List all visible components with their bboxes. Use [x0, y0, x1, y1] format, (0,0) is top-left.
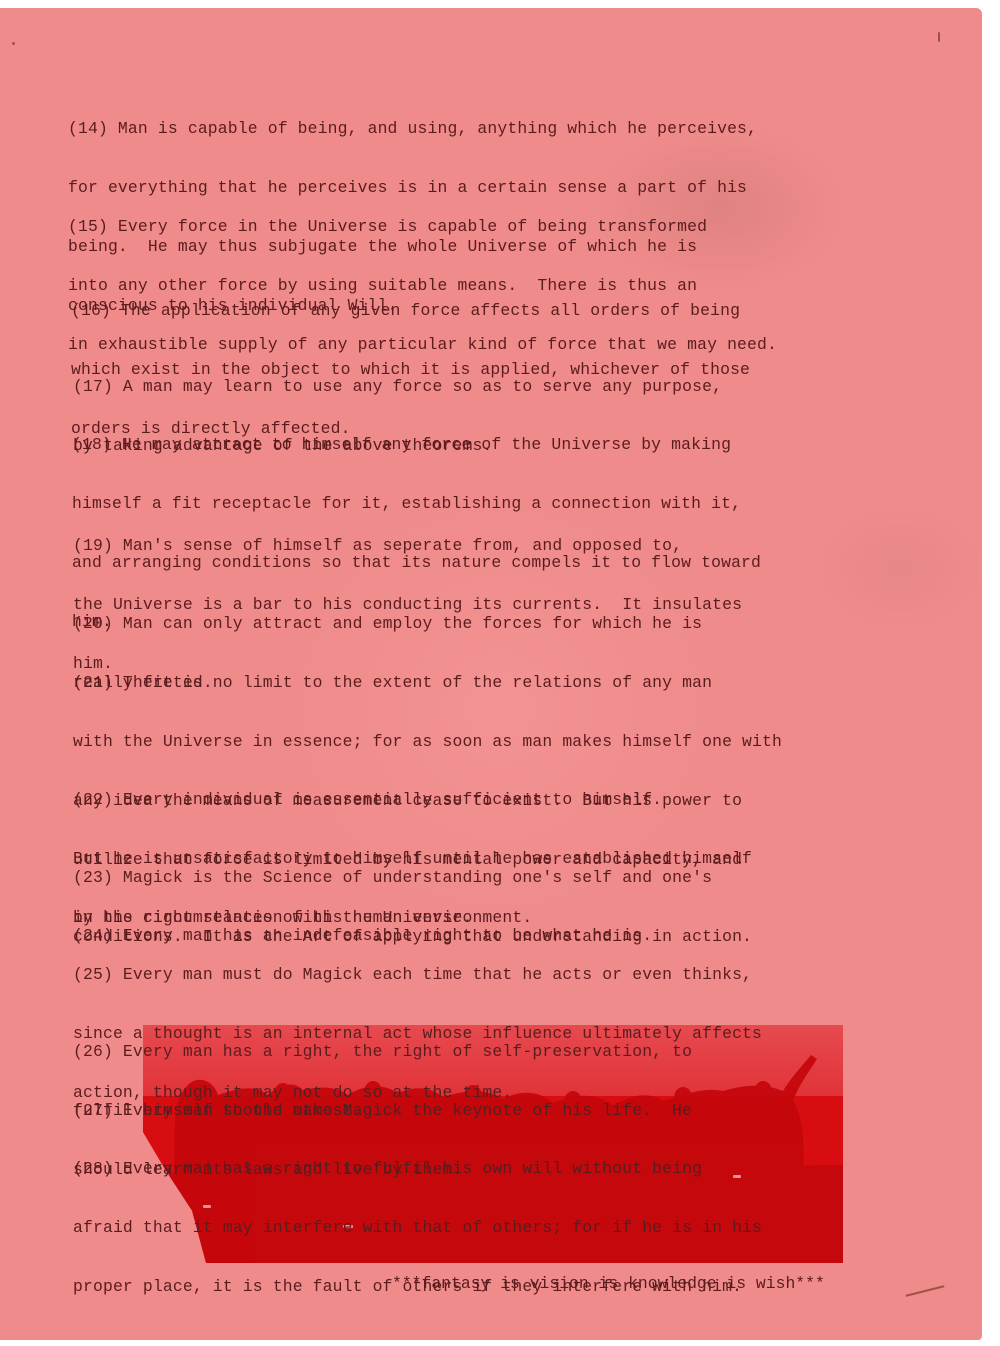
text-line: (18) He may attract to himself any force… — [72, 435, 761, 455]
text-line: (21) There is no limit to the extent of … — [73, 673, 782, 693]
paper-speck — [905, 1285, 944, 1297]
text-line: (22) Every individual is essentially suf… — [73, 790, 752, 810]
footer-motto: ***fantasy is vision is knowledge is wis… — [392, 1274, 825, 1293]
text-line: (25) Every man must do Magick each time … — [73, 965, 762, 985]
text-line: (16) The application of any given force … — [71, 301, 750, 321]
paragraph-28: (28) Every man has a right to fulfil his… — [73, 1120, 762, 1336]
text-line: with the Universe in essence; for as soo… — [73, 732, 782, 752]
text-line: (23) Magick is the Science of understand… — [73, 868, 752, 888]
text-line: (27) Every man should make Magick the ke… — [73, 1101, 692, 1121]
text-line: (20) Man can only attract and employ the… — [73, 614, 702, 634]
text-line: (15) Every force in the Universe is capa… — [68, 217, 777, 237]
text-line: (26) Every man has a right, the right of… — [73, 1042, 692, 1062]
text-line: (19) Man's sense of himself as seperate … — [73, 536, 742, 556]
text-line: (28) Every man has a right to fulfil his… — [73, 1159, 762, 1179]
text-line: afraid that it may interfere with that o… — [73, 1218, 762, 1238]
text-line: (14) Man is capable of being, and using,… — [68, 119, 757, 139]
paper-speck — [938, 32, 940, 42]
text-line: (17) A man may learn to use any force so… — [73, 377, 722, 397]
paper-speck — [12, 42, 15, 45]
